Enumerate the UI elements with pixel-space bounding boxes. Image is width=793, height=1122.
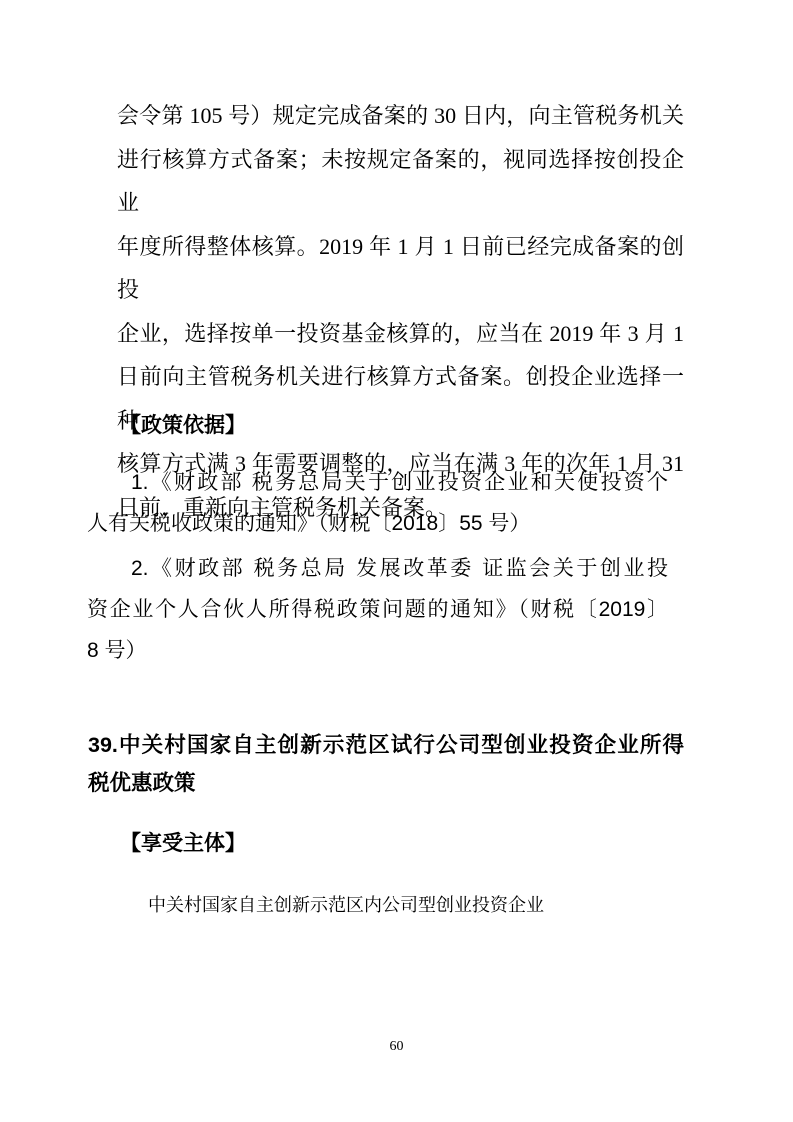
page-number: 60 [0, 1039, 793, 1055]
policy-item-line: 人有关税收政策的通知》（财税〔2018〕55 号） [87, 503, 668, 544]
policy-item-line: 资企业个人合伙人所得税政策问题的通知》（财税〔2019〕 [87, 589, 668, 630]
policy-item-line: 8 号） [87, 630, 668, 671]
policy-item-line: 2.《财政部 税务总局 发展改革委 证监会关于创业投 [87, 548, 668, 589]
body-paragraph-line: 会令第 105 号）规定完成备案的 30 日内，向主管税务机关 [117, 94, 684, 138]
document-page: 会令第 105 号）规定完成备案的 30 日内，向主管税务机关 进行核算方式备案… [0, 0, 793, 1122]
body-paragraph-line: 企业，选择按单一投资基金核算的，应当在 2019 年 3 月 1 [117, 312, 684, 356]
section-heading-line: 39.中关村国家自主创新示范区试行公司型创业投资企业所得 [88, 727, 684, 765]
section-heading-line: 税优惠政策 [88, 765, 684, 803]
policy-basis-item-2: 2.《财政部 税务总局 发展改革委 证监会关于创业投 资企业个人合伙人所得税政策… [87, 548, 668, 671]
policy-basis-heading: 【政策依据】 [120, 404, 420, 447]
body-paragraph-line: 进行核算方式备案；未按规定备案的，视同选择按创投企业 [117, 138, 684, 225]
subject-heading: 【享受主体】 [120, 822, 420, 865]
section-39-heading: 39.中关村国家自主创新示范区试行公司型创业投资企业所得 税优惠政策 [88, 727, 684, 802]
subject-text: 中关村国家自主创新示范区内公司型创业投资企业 [148, 884, 668, 927]
body-paragraph-line: 年度所得整体核算。2019 年 1 月 1 日前已经完成备案的创投 [117, 225, 684, 312]
policy-item-line: 1.《财政部 税务总局关于创业投资企业和天使投资个 [87, 462, 668, 503]
policy-basis-item-1: 1.《财政部 税务总局关于创业投资企业和天使投资个 人有关税收政策的通知》（财税… [87, 462, 668, 544]
